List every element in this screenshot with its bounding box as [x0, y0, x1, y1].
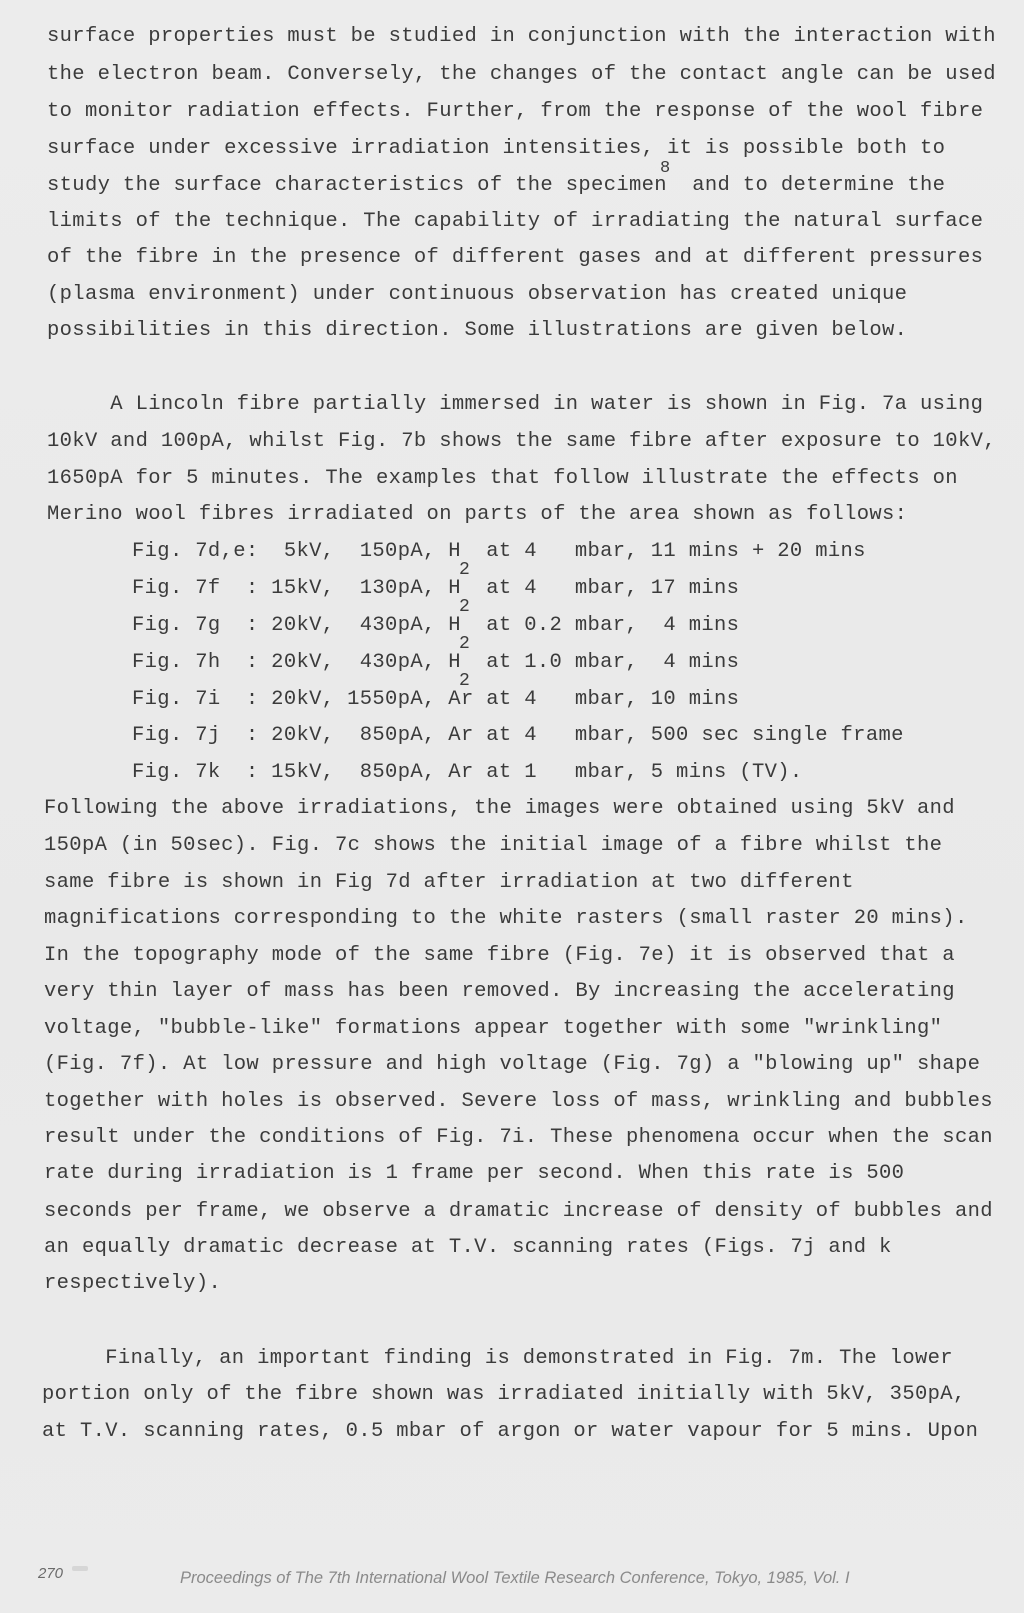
list-item: Fig. 7k : 15kV, 850pA, Ar at 1 mbar, 5 m… [132, 761, 803, 785]
text-line: seconds per frame, we observe a dramatic… [44, 1200, 993, 1224]
text-line: of the fibre in the presence of differen… [47, 246, 983, 270]
text-line: very thin layer of mass has been removed… [44, 980, 955, 1004]
smudge-mark [72, 1566, 88, 1571]
list-item: Fig. 7d,e: 5kV, 150pA, H at 4 mbar, 11 m… [132, 540, 866, 564]
text-line: Merino wool fibres irradiated on parts o… [47, 503, 907, 527]
text-line: an equally dramatic decrease at T.V. sca… [44, 1236, 892, 1260]
footer-citation: Proceedings of The 7th International Woo… [180, 1569, 850, 1588]
text-line: at T.V. scanning rates, 0.5 mbar of argo… [42, 1420, 978, 1444]
text-line: to monitor radiation effects. Further, f… [47, 100, 983, 124]
text-line: magnifications corresponding to the whit… [44, 907, 968, 931]
text-line: Finally, an important finding is demonst… [42, 1347, 953, 1371]
text-line: possibilities in this direction. Some il… [47, 319, 907, 343]
text-line: 150pA (in 50sec). Fig. 7c shows the init… [44, 834, 942, 858]
text-line: voltage, "bubble-like" formations appear… [44, 1017, 942, 1041]
list-item: Fig. 7i : 20kV, 1550pA, Ar at 4 mbar, 10… [132, 688, 739, 712]
text-line: 1650pA for 5 minutes. The examples that … [47, 467, 958, 491]
text-line: same fibre is shown in Fig 7d after irra… [44, 871, 854, 895]
text-line: surface properties must be studied in co… [47, 25, 996, 49]
text-line: limits of the technique. The capability … [47, 210, 983, 234]
text-line: study the surface characteristics of the… [47, 174, 945, 198]
list-item: Fig. 7h : 20kV, 430pA, H at 1.0 mbar, 4 … [132, 651, 739, 675]
document-page: surface properties must be studied in co… [0, 0, 1024, 1613]
text-line: Following the above irradiations, the im… [44, 797, 955, 821]
text-line: result under the conditions of Fig. 7i. … [44, 1126, 993, 1150]
page-number: 270 [38, 1565, 63, 1582]
text-line: A Lincoln fibre partially immersed in wa… [47, 393, 983, 417]
text-line: 10kV and 100pA, whilst Fig. 7b shows the… [47, 430, 996, 454]
list-item: Fig. 7f : 15kV, 130pA, H at 4 mbar, 17 m… [132, 577, 739, 601]
text-line: rate during irradiation is 1 frame per s… [44, 1162, 904, 1186]
text-line: In the topography mode of the same fibre… [44, 944, 955, 968]
text-line: respectively). [44, 1272, 221, 1296]
list-item: Fig. 7g : 20kV, 430pA, H at 0.2 mbar, 4 … [132, 614, 739, 638]
text-line: surface under excessive irradiation inte… [47, 137, 945, 161]
text-line: together with holes is observed. Severe … [44, 1090, 993, 1114]
text-line: portion only of the fibre shown was irra… [42, 1383, 966, 1407]
text-line: (plasma environment) under continuous ob… [47, 283, 907, 307]
text-line: (Fig. 7f). At low pressure and high volt… [44, 1053, 980, 1077]
list-item: Fig. 7j : 20kV, 850pA, Ar at 4 mbar, 500… [132, 724, 904, 748]
text-line: the electron beam. Conversely, the chang… [47, 63, 996, 87]
